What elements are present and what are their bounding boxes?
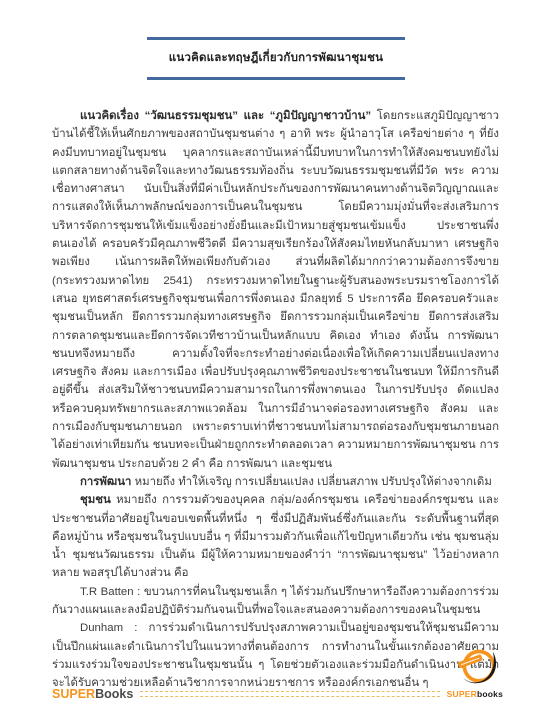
paragraph: T.R Batten : ขบวนการที่คนในชุมชนเล็ก ๆ ไ…	[52, 583, 499, 620]
paragraph-text: หมายถึง การรวมตัวของบุคคล กลุ่ม/องค์กรชุ…	[52, 494, 499, 579]
publisher-logo-wordmark: SUPERbooks	[447, 689, 503, 699]
paragraph: แนวคิดเรื่อง “วัฒนธรรมชุมชน” และ “ภูมิปั…	[52, 107, 499, 473]
logo-wordmark-books: books	[477, 689, 503, 699]
paragraph-text: Dunham : การร่วมดำเนินการปรับปรุงสภาพควา…	[52, 622, 499, 689]
paragraph-text: T.R Batten : ขบวนการที่คนในชุมชนเล็ก ๆ ไ…	[52, 586, 499, 616]
paragraph-text: หมายถึง ทำให้เจริญ การเปลี่ยนแปลง เปลี่ย…	[131, 476, 491, 488]
paragraph: ชุมชน หมายถึง การรวมตัวของบุคคล กลุ่ม/อง…	[52, 491, 499, 582]
footer-brand-books: Books	[95, 687, 133, 701]
paragraph: Dunham : การร่วมดำเนินการปรับปรุงสภาพควา…	[52, 619, 499, 692]
paragraph-lead: ชุมชน	[80, 494, 111, 506]
paragraph-lead: การพัฒนา	[80, 476, 131, 488]
publisher-logo-swoosh-icon	[457, 646, 501, 690]
chapter-title-box: แนวคิดและทฤษฎีเกี่ยวกับการพัฒนาชุมชน	[147, 37, 405, 80]
footer-dashed-divider	[140, 691, 439, 697]
logo-wordmark-super: SUPER	[447, 689, 477, 699]
footer: SUPERBooks SUPERbooks	[52, 687, 503, 701]
paragraph: การพัฒนา หมายถึง ทำให้เจริญ การเปลี่ยนแป…	[52, 473, 499, 491]
paragraph-text: โดยกระแสภูมิปัญญาชาวบ้านได้ชี้ให้เห็นศัก…	[52, 110, 499, 470]
page-title: แนวคิดและทฤษฎีเกี่ยวกับการพัฒนาชุมชน	[151, 49, 401, 67]
document-page: แนวคิดและทฤษฎีเกี่ยวกับการพัฒนาชุมชน แนว…	[0, 0, 549, 717]
footer-brand-super: SUPER	[52, 687, 95, 701]
paragraph-lead: แนวคิดเรื่อง “วัฒนธรรมชุมชน” และ “ภูมิปั…	[80, 110, 371, 122]
footer-brand: SUPERBooks	[52, 687, 133, 701]
content-area: แนวคิดเรื่อง “วัฒนธรรมชุมชน” และ “ภูมิปั…	[52, 107, 499, 693]
